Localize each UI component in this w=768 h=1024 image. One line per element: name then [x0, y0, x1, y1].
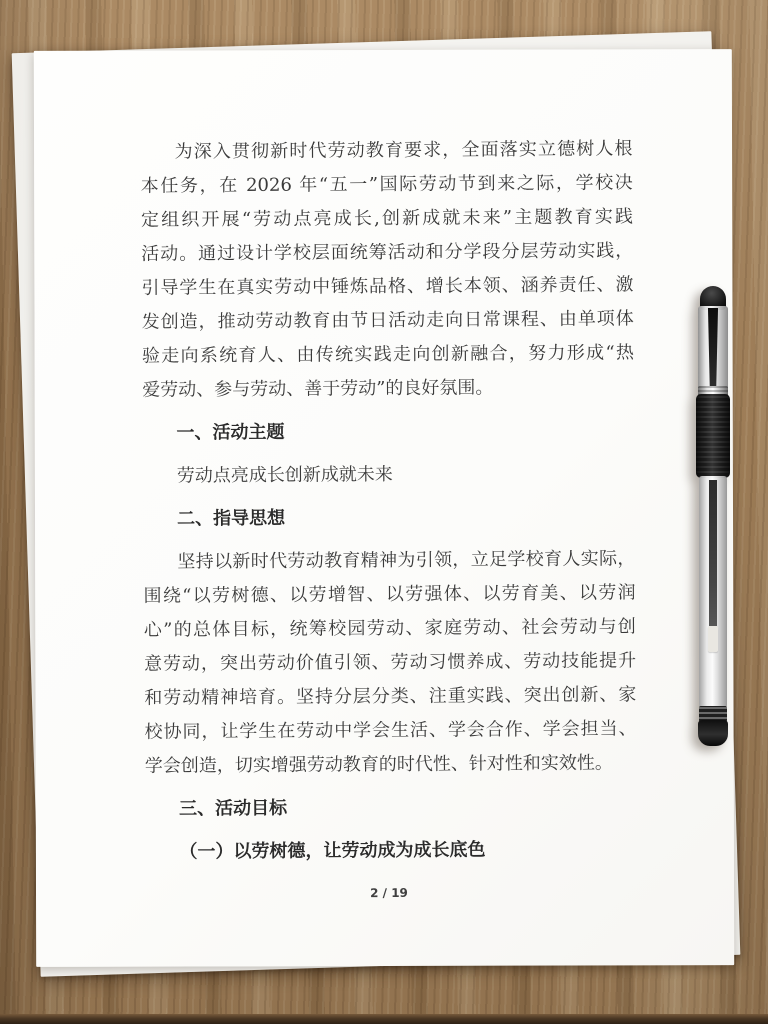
text-line: 引导学生在真实劳动中锤炼品格、增长本领、涵养责任、激 [141, 268, 633, 305]
text-line: 活动。通过设计学校层面统筹活动和分学段分层劳动实践， [141, 234, 633, 271]
desk-edge [0, 1014, 768, 1024]
text-line: 为深入贯彻新时代劳动教育要求，全面落实立德树人根 [140, 132, 632, 169]
pen-ink-cartridge [709, 480, 717, 626]
text-line: 发创造，推动劳动教育由节日活动走向日常课程、由单项体 [142, 302, 634, 339]
section-2-heading: 二、指导思想 [143, 499, 635, 536]
text-line: 坚持以新时代劳动教育精神为引领，立足学校育人实际， [143, 542, 635, 579]
text-line: 意劳动，突出劳动价值引领、劳动习惯养成、劳动技能提升 [144, 644, 636, 681]
section-1-heading: 一、活动主题 [142, 413, 634, 450]
text-line: 校协同，让学生在劳动中学会生活、学会合作、学会担当、 [144, 712, 636, 749]
text-line: 心”的总体目标，统筹校园劳动、家庭劳动、社会劳动与创 [144, 610, 636, 647]
activity-theme-text: 劳动点亮成长创新成就未来 [143, 456, 635, 493]
text-line: 爱劳动、参与劳动、善于劳动”的良好氛围。 [142, 370, 634, 407]
text-line: 本任务，在 2026 年“五一”国际劳动节到来之际，学校决 [141, 166, 633, 203]
pen-grip [696, 394, 730, 478]
text-line: 定组织开展“劳动点亮成长,创新成就未来”主题教育实践 [141, 200, 633, 237]
document-content: 为深入贯彻新时代劳动教育要求，全面落实立德树人根本任务，在 2026 年“五一”… [140, 132, 637, 878]
section-3-heading: 三、活动目标 [145, 789, 637, 826]
pen-end-cap [698, 720, 728, 746]
text-line: 和劳动精神培育。坚持分层分类、注重实践、突出创新、家 [144, 678, 636, 715]
text-line: 验走向系统育人、由传统实践走向创新融合，努力形成“热 [142, 336, 634, 373]
guiding-thought-paragraph: 坚持以新时代劳动教育精神为引领，立足学校育人实际，围绕“以劳树德、以劳增智、以劳… [143, 542, 637, 783]
goal-1-subheading: （一）以劳树德，让劳动成为成长底色 [145, 832, 637, 869]
intro-paragraph: 为深入贯彻新时代劳动教育要求，全面落实立德树人根本任务，在 2026 年“五一”… [140, 132, 634, 407]
pen-ink-tip [708, 626, 718, 652]
text-line: 学会创造，切实增强劳动教育的时代性、针对性和实效性。 [145, 746, 637, 783]
pen [695, 286, 731, 746]
text-line: 围绕“以劳树德、以劳增智、以劳强体、以劳育美、以劳润 [144, 576, 636, 613]
